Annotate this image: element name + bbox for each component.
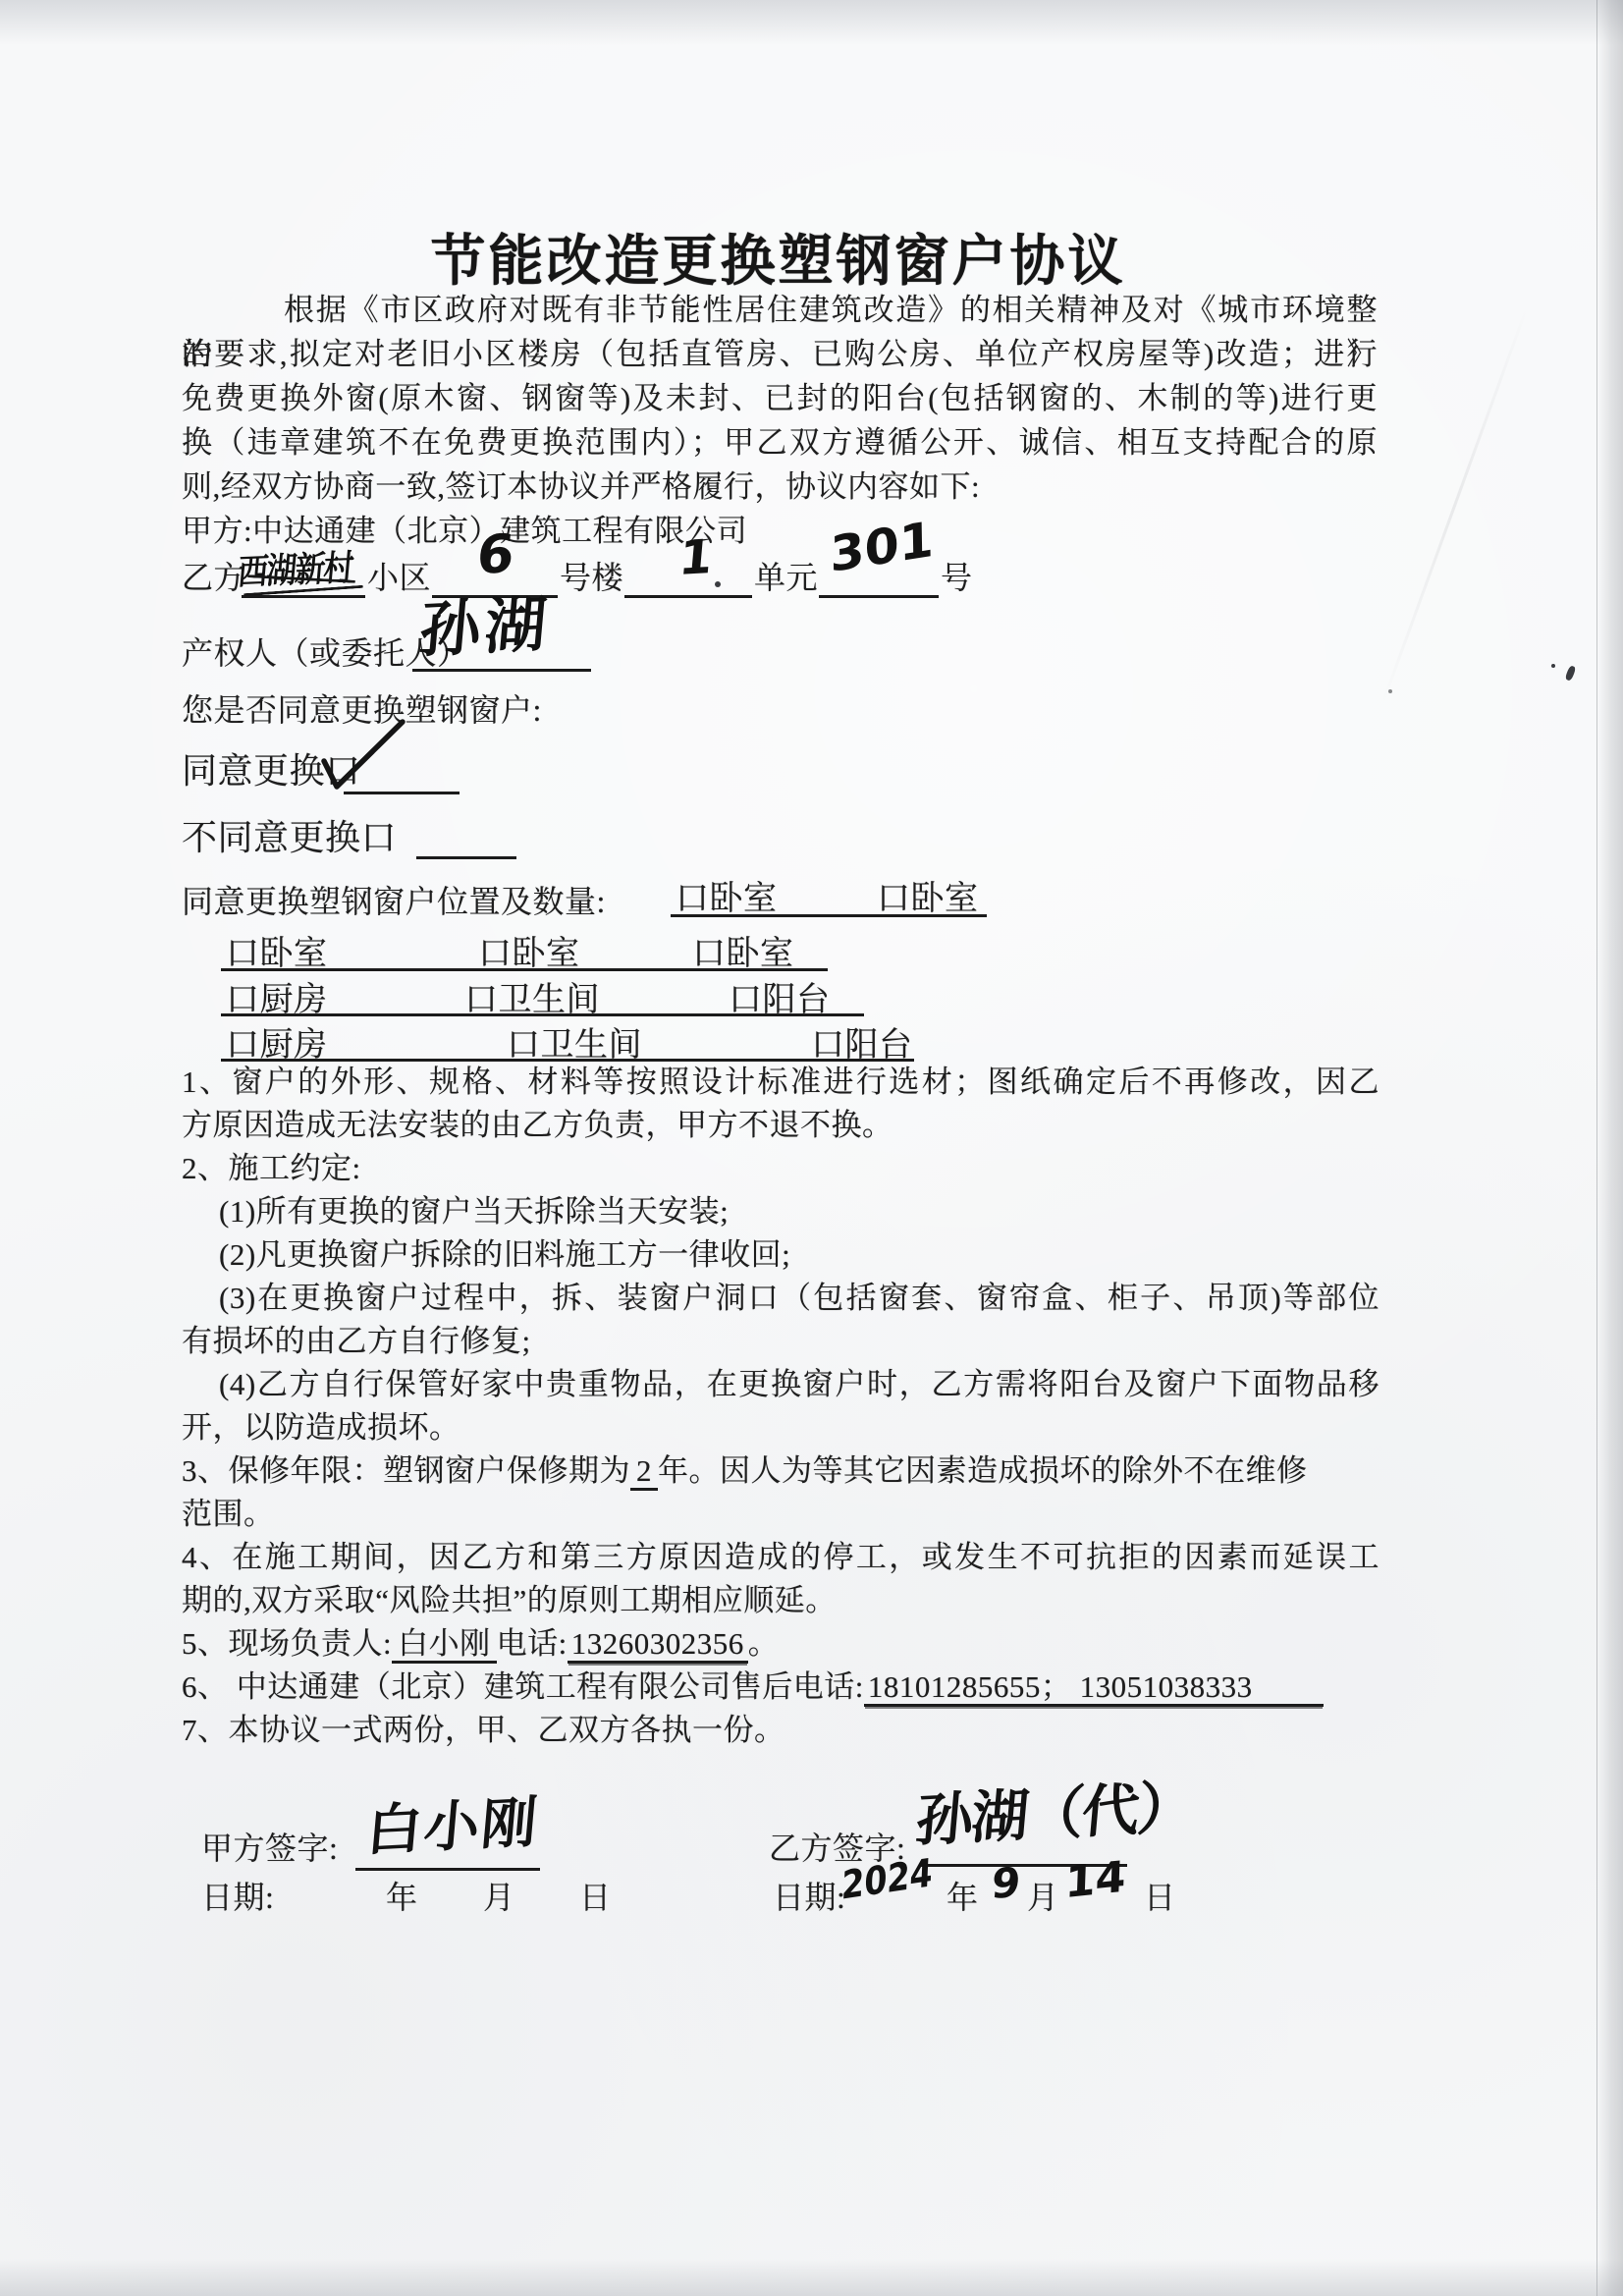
- warranty-years-value: 2: [630, 1453, 658, 1491]
- intro-line: 的要求,拟定对老旧小区楼房（包括直管房、已购公房、单位产权房屋等)改造；进行: [182, 332, 1378, 376]
- clause-2-heading: 2、施工约定:: [182, 1147, 1380, 1190]
- clause-4-line-1: 4、在施工期间，因乙方和第三方原因造成的停工，或发生不可抗拒的因素而延误工: [182, 1536, 1380, 1579]
- clause-1-line-1: 1、窗户的外形、规格、材料等按照设计标准进行选材；图纸确定后不再修改，因乙: [182, 1061, 1380, 1104]
- paper-crease: [1381, 306, 1529, 704]
- document-title: 节能改造更换塑钢窗户协议: [0, 218, 1556, 297]
- site-manager-name: 白小刚: [392, 1626, 497, 1664]
- scanned-agreement-page: 节能改造更换塑钢窗户协议 根据《市区政府对既有非节能性居住建筑改造》的相关精神及…: [0, 0, 1623, 2296]
- phone-label: 电话:: [497, 1626, 568, 1661]
- disagree-blank-line: [416, 821, 516, 859]
- clause-2-item-4-line-1: (4)乙方自行保管好家中贵重物品，在更换窗户时，乙方需将阳台及窗户下面物品移: [182, 1363, 1380, 1406]
- disagree-label: 不同意更换口: [182, 816, 397, 859]
- party-a-signature-label: 甲方签字:: [201, 1827, 338, 1870]
- location-row-underline: [221, 933, 828, 971]
- clause-3-line-1: 3、保修年限：塑钢窗户保修期为2年。因人为等其它因素造成损坏的除外不在维修: [182, 1449, 1380, 1493]
- handwritten-date-day: 14: [1064, 1856, 1126, 1905]
- handwritten-date-month: 9: [990, 1862, 1022, 1904]
- clause-4-line-2: 期的,双方采取“风险共担”的原则工期相应顺延。: [182, 1579, 1380, 1622]
- building-label: 号楼: [560, 556, 623, 599]
- unit-label: 单元: [754, 556, 818, 599]
- ink-speck: [1564, 665, 1576, 682]
- site-manager-phone: 13260302356: [568, 1626, 748, 1664]
- agree-checkmark-icon: [312, 718, 408, 794]
- handwritten-community-name: 西湖新村: [237, 551, 353, 591]
- year-label: 年: [947, 1876, 979, 1919]
- handwritten-party-a-signature: 白小刚: [364, 1795, 541, 1859]
- clause-5-period: 。: [748, 1626, 780, 1661]
- locations-header-label: 同意更换塑钢窗户位置及数量:: [182, 880, 606, 923]
- handwritten-unit-number: 1: [677, 533, 715, 582]
- ink-dot: [715, 581, 721, 587]
- month-label: 月: [483, 1876, 515, 1919]
- location-row-underline: [221, 978, 864, 1016]
- clause-2-item-3-line-1: (3)在更换窗户过程中，拆、装窗户洞口（包括窗套、窗帘盒、柜子、吊顶)等部位: [182, 1277, 1380, 1320]
- clause-2-item-3-line-2: 有损坏的由乙方自行修复;: [182, 1320, 1380, 1363]
- handwritten-party-b-signature: 孙湖（代）: [914, 1778, 1196, 1850]
- intro-paragraph: 根据《市区政府对既有非节能性居住建筑改造》的相关精神及对《城市环境整治》 的要求…: [182, 288, 1378, 509]
- year-label: 年: [386, 1876, 418, 1919]
- intro-line: 则,经双方协商一致,签订本协议并严格履行，协议内容如下:: [182, 465, 1378, 509]
- party-b-date-label: 日期:: [773, 1876, 845, 1919]
- after-sales-phones: 18101285655； 13051038333: [864, 1669, 1324, 1707]
- clause-5-text: 5、现场负责人:: [182, 1626, 392, 1661]
- clause-7-line: 7、本协议一式两份，甲、乙双方各执一份。: [182, 1709, 1380, 1752]
- intro-line: 换（违章建筑不在免费更换范围内）；甲乙双方遵循公开、诚信、相互支持配合的原: [182, 420, 1378, 465]
- clause-5-line: 5、现场负责人:白小刚电话:13260302356。: [182, 1622, 1380, 1666]
- clause-2-item-4-line-2: 开，以防造成损坏。: [182, 1406, 1380, 1449]
- party-b-xiaoqu-label: 小区: [367, 556, 431, 599]
- intro-line: 根据《市区政府对既有非节能性居住建筑改造》的相关精神及对《城市环境整治》: [182, 288, 1378, 332]
- day-label: 日: [579, 1876, 612, 1919]
- page-edge-shadow: [1596, 0, 1623, 2296]
- location-row-underline: [221, 1023, 914, 1062]
- clause-2-item-2: (2)凡更换窗户拆除的旧料施工方一律收回;: [182, 1233, 1380, 1277]
- clause-3-text-cont: 年。因人为等其它因素造成损坏的除外不在维修: [658, 1453, 1308, 1488]
- clause-1-line-2: 方原因造成无法安装的由乙方负责，甲方不退不换。: [182, 1104, 1380, 1147]
- handwritten-date-year: 2024: [840, 1853, 933, 1905]
- clause-6-text: 6、 中达通建（北京）建筑工程有限公司售后电话:: [182, 1669, 864, 1704]
- clause-3-text: 3、保修年限：塑钢窗户保修期为: [182, 1453, 630, 1488]
- day-label: 日: [1144, 1876, 1176, 1919]
- intro-line: 免费更换外窗(原木窗、钢窗等)及未封、已封的阳台(包括钢窗的、木制的等)进行更: [182, 376, 1378, 420]
- clause-6-line: 6、 中达通建（北京）建筑工程有限公司售后电话:18101285655； 130…: [182, 1666, 1380, 1709]
- handwritten-owner-signature: 孙湖: [417, 594, 553, 662]
- locations-header-blank-line: [671, 879, 987, 917]
- month-label: 月: [1027, 1876, 1059, 1919]
- party-a-line: 甲方:中达通建（北京）建筑工程有限公司: [182, 510, 747, 553]
- ink-speck: [1551, 664, 1555, 668]
- party-a-date-label: 日期:: [201, 1876, 274, 1919]
- handwritten-building-number: 6: [475, 527, 517, 582]
- clause-2-item-1: (1)所有更换的窗户当天拆除当天安装;: [182, 1190, 1380, 1233]
- clause-3-line-2: 范围。: [182, 1493, 1380, 1536]
- room-suffix-label: 号: [941, 556, 973, 599]
- clauses-block: 1、窗户的外形、规格、材料等按照设计标准进行选材；图纸确定后不再修改，因乙 方原…: [182, 1061, 1380, 1752]
